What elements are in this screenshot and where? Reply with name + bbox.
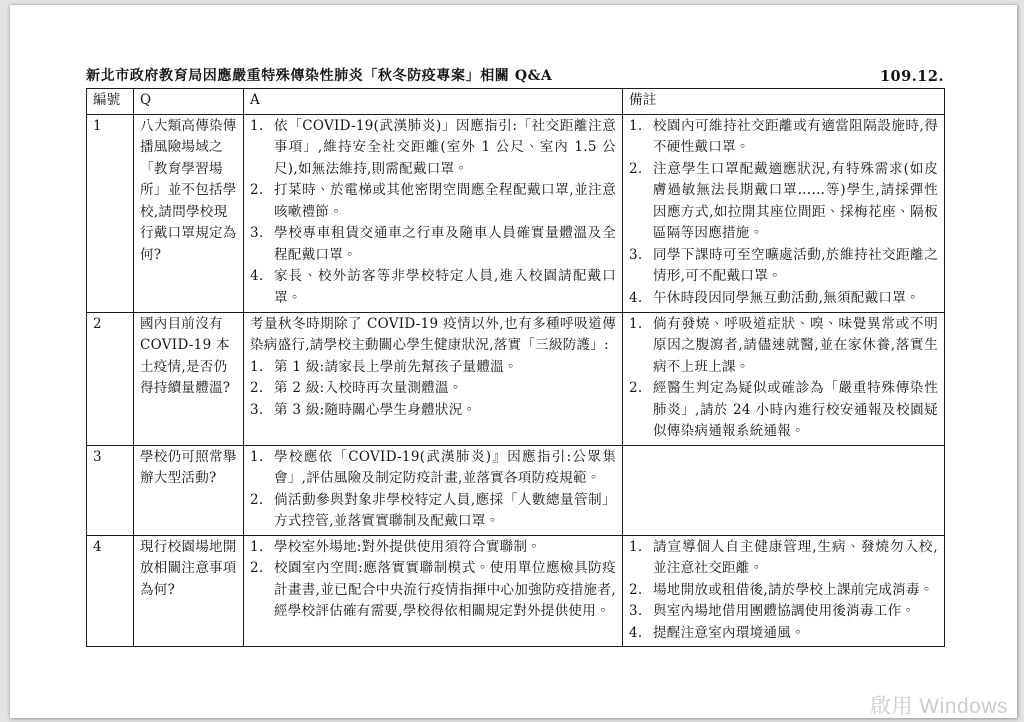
- item-text: 第 2 級:入校時再次量測體溫。: [274, 378, 616, 400]
- question-text: 現行校園場地開放相關注意事項為何?: [140, 537, 237, 602]
- question-text: 學校仍可照常舉辦大型活動?: [140, 447, 237, 490]
- numbered-item: 1.第 1 級:請家長上學前先幫孩子量體溫。: [250, 357, 616, 379]
- numbered-item: 1.請宣導個人自主健康管理,生病、發燒勿入校,並注意社交距離。: [629, 537, 938, 580]
- item-text: 校園室內空間:應落實實聯制模式。使用單位應檢具防疫計畫書,並已配合中央流行疫情指…: [274, 558, 616, 623]
- cell-question: 八大類高傳染傳播風險場域之「教育學習場所」並不包括學校,請問學校現行戴口罩規定為…: [134, 114, 244, 312]
- item-text: 倘活動參與對象非學校特定人員,應採「人數總量管制」方式控管,並落實實聯制及配戴口…: [274, 490, 616, 533]
- numbered-item: 2.第 2 級:入校時再次量測體溫。: [250, 378, 616, 400]
- item-text: 倘有發燒、呼吸道症狀、嗅、味覺異常或不明原因之腹瀉者,請儘速就醫,並在家休養,落…: [653, 314, 938, 379]
- cell-intro-text: 考量秋冬時期除了 COVID-19 疫情以外,也有多種呼吸道傳染病盛行,請學校主…: [250, 314, 616, 357]
- cell-answer: 1.依「COVID-19(武漢肺炎)」因應指引:「社交距離注意事項」,維持安全社…: [244, 114, 623, 312]
- cell-answer: 考量秋冬時期除了 COVID-19 疫情以外,也有多種呼吸道傳染病盛行,請學校主…: [244, 312, 623, 445]
- numbered-item: 3.第 3 級:隨時關心學生身體狀況。: [250, 400, 616, 422]
- item-number: 1.: [629, 314, 653, 379]
- item-number: 2.: [250, 490, 274, 533]
- qa-row: 3學校仍可照常舉辦大型活動?1.學校應依「COVID-19(武漢肺炎)』因應指引…: [87, 445, 945, 535]
- question-text: 八大類高傳染傳播風險場域之「教育學習場所」並不包括學校,請問學校現行戴口罩規定為…: [140, 116, 237, 267]
- page-title: 新北市政府教育局因應嚴重特殊傳染性肺炎「秋冬防疫專案」相關 Q&A: [86, 65, 552, 85]
- numbered-item: 4.午休時段因同學無互動活動,無須配戴口罩。: [629, 288, 938, 310]
- item-text: 與室內場地借用團體協調使用後消毒工作。: [653, 601, 938, 623]
- item-text: 學校應依「COVID-19(武漢肺炎)』因應指引:公眾集會」,評估風險及制定防疫…: [274, 447, 616, 490]
- column-header-id: 編號: [87, 89, 134, 115]
- item-number: 1.: [250, 537, 274, 559]
- document-header: 新北市政府教育局因應嚴重特殊傳染性肺炎「秋冬防疫專案」相關 Q&A 109.12…: [86, 65, 944, 85]
- item-text: 校園內可維持社交距離或有適當阻隔設施時,得不硬性戴口罩。: [653, 116, 938, 159]
- numbered-item: 2.打菜時、於電梯或其他密閉空間應全程配戴口罩,並注意咳嗽禮節。: [250, 180, 616, 223]
- qa-row: 2國內目前沒有 COVID-19 本土疫情,是否仍得持續量體溫?考量秋冬時期除了…: [87, 312, 945, 445]
- item-number: 2.: [250, 180, 274, 223]
- item-number: 3.: [629, 245, 653, 288]
- numbered-item: 1.學校室外場地:對外提供使用須符合實聯制。: [250, 537, 616, 559]
- item-number: 1.: [629, 537, 653, 580]
- column-header-note: 備註: [623, 89, 945, 115]
- numbered-item: 2.經醫生判定為疑似或確診為「嚴重特殊傳染性肺炎」,請於 24 小時內進行校安通…: [629, 378, 938, 443]
- item-text: 同學下課時可至空曠處活動,於維持社交距離之情形,可不配戴口罩。: [653, 245, 938, 288]
- cell-question: 現行校園場地開放相關注意事項為何?: [134, 535, 244, 647]
- item-number: 3.: [629, 601, 653, 623]
- numbered-item: 2.校園室內空間:應落實實聯制模式。使用單位應檢具防疫計畫書,並已配合中央流行疫…: [250, 558, 616, 623]
- item-number: 2.: [629, 378, 653, 443]
- cell-note: 1.校園內可維持社交距離或有適當阻隔設施時,得不硬性戴口罩。2.注意學生口罩配戴…: [623, 114, 945, 312]
- cell-id: 4: [87, 535, 134, 647]
- item-number: 4.: [629, 288, 653, 310]
- item-text: 第 3 級:隨時關心學生身體狀況。: [274, 400, 616, 422]
- document-page: 新北市政府教育局因應嚴重特殊傳染性肺炎「秋冬防疫專案」相關 Q&A 109.12…: [10, 5, 1017, 718]
- item-number: 1.: [629, 116, 653, 159]
- item-text: 提醒注意室內環境通風。: [653, 623, 938, 645]
- numbered-item: 4.提醒注意室內環境通風。: [629, 623, 938, 645]
- column-header-answer: A: [244, 89, 623, 115]
- numbered-item: 1.學校應依「COVID-19(武漢肺炎)』因應指引:公眾集會」,評估風險及制定…: [250, 447, 616, 490]
- cell-question: 學校仍可照常舉辦大型活動?: [134, 445, 244, 535]
- item-text: 注意學生口罩配戴適應狀況,有特殊需求(如皮膚過敏無法長期戴口罩……等)學生,請採…: [653, 159, 938, 245]
- cell-id: 2: [87, 312, 134, 445]
- item-number: 3.: [250, 223, 274, 266]
- item-number: 2.: [250, 378, 274, 400]
- qa-row: 4現行校園場地開放相關注意事項為何?1.學校室外場地:對外提供使用須符合實聯制。…: [87, 535, 945, 647]
- cell-answer: 1.學校室外場地:對外提供使用須符合實聯制。2.校園室內空間:應落實實聯制模式。…: [244, 535, 623, 647]
- numbered-item: 1.依「COVID-19(武漢肺炎)」因應指引:「社交距離注意事項」,維持安全社…: [250, 116, 616, 181]
- item-number: 2.: [250, 558, 274, 623]
- item-number: 1.: [250, 357, 274, 379]
- activate-windows-watermark: 啟用 Windows: [870, 690, 1008, 720]
- column-header-question: Q: [134, 89, 244, 115]
- item-text: 學校專車租賃交通車之行車及隨車人員確實量體溫及全程配戴口罩。: [274, 223, 616, 266]
- cell-note: [623, 445, 945, 535]
- cell-note: 1.請宣導個人自主健康管理,生病、發燒勿入校,並注意社交距離。2.場地開放或租借…: [623, 535, 945, 647]
- item-text: 場地開放或租借後,請於學校上課前完成消毒。: [653, 580, 938, 602]
- qa-table-header-row: 編號 Q A 備註: [87, 89, 945, 115]
- cell-note: 1.倘有發燒、呼吸道症狀、嗅、味覺異常或不明原因之腹瀉者,請儘速就醫,並在家休養…: [623, 312, 945, 445]
- numbered-item: 1.校園內可維持社交距離或有適當阻隔設施時,得不硬性戴口罩。: [629, 116, 938, 159]
- numbered-item: 2.注意學生口罩配戴適應狀況,有特殊需求(如皮膚過敏無法長期戴口罩……等)學生,…: [629, 159, 938, 245]
- qa-table-body: 1八大類高傳染傳播風險場域之「教育學習場所」並不包括學校,請問學校現行戴口罩規定…: [87, 114, 945, 647]
- item-number: 3.: [250, 400, 274, 422]
- item-text: 請宣導個人自主健康管理,生病、發燒勿入校,並注意社交距離。: [653, 537, 938, 580]
- item-text: 打菜時、於電梯或其他密閉空間應全程配戴口罩,並注意咳嗽禮節。: [274, 180, 616, 223]
- item-text: 經醫生判定為疑似或確診為「嚴重特殊傳染性肺炎」,請於 24 小時內進行校安通報及…: [653, 378, 938, 443]
- item-text: 學校室外場地:對外提供使用須符合實聯制。: [274, 537, 616, 559]
- numbered-item: 1.倘有發燒、呼吸道症狀、嗅、味覺異常或不明原因之腹瀉者,請儘速就醫,並在家休養…: [629, 314, 938, 379]
- cell-id: 1: [87, 114, 134, 312]
- numbered-item: 2.場地開放或租借後,請於學校上課前完成消毒。: [629, 580, 938, 602]
- numbered-item: 2.倘活動參與對象非學校特定人員,應採「人數總量管制」方式控管,並落實實聯制及配…: [250, 490, 616, 533]
- numbered-item: 3.學校專車租賃交通車之行車及隨車人員確實量體溫及全程配戴口罩。: [250, 223, 616, 266]
- item-number: 4.: [629, 623, 653, 645]
- question-text: 國內目前沒有 COVID-19 本土疫情,是否仍得持續量體溫?: [140, 314, 237, 400]
- cell-question: 國內目前沒有 COVID-19 本土疫情,是否仍得持續量體溫?: [134, 312, 244, 445]
- item-number: 4.: [250, 266, 274, 309]
- numbered-item: 3.與室內場地借用團體協調使用後消毒工作。: [629, 601, 938, 623]
- item-number: 1.: [250, 116, 274, 181]
- document-date: 109.12.: [880, 68, 944, 85]
- cell-answer: 1.學校應依「COVID-19(武漢肺炎)』因應指引:公眾集會」,評估風險及制定…: [244, 445, 623, 535]
- item-text: 第 1 級:請家長上學前先幫孩子量體溫。: [274, 357, 616, 379]
- qa-row: 1八大類高傳染傳播風險場域之「教育學習場所」並不包括學校,請問學校現行戴口罩規定…: [87, 114, 945, 312]
- item-text: 午休時段因同學無互動活動,無須配戴口罩。: [653, 288, 938, 310]
- numbered-item: 3.同學下課時可至空曠處活動,於維持社交距離之情形,可不配戴口罩。: [629, 245, 938, 288]
- cell-id: 3: [87, 445, 134, 535]
- item-number: 2.: [629, 159, 653, 245]
- item-number: 1.: [250, 447, 274, 490]
- item-text: 依「COVID-19(武漢肺炎)」因應指引:「社交距離注意事項」,維持安全社交距…: [274, 116, 616, 181]
- numbered-item: 4.家長、校外訪客等非學校特定人員,進入校園請配戴口罩。: [250, 266, 616, 309]
- item-text: 家長、校外訪客等非學校特定人員,進入校園請配戴口罩。: [274, 266, 616, 309]
- item-number: 2.: [629, 580, 653, 602]
- qa-table: 編號 Q A 備註 1八大類高傳染傳播風險場域之「教育學習場所」並不包括學校,請…: [86, 88, 945, 647]
